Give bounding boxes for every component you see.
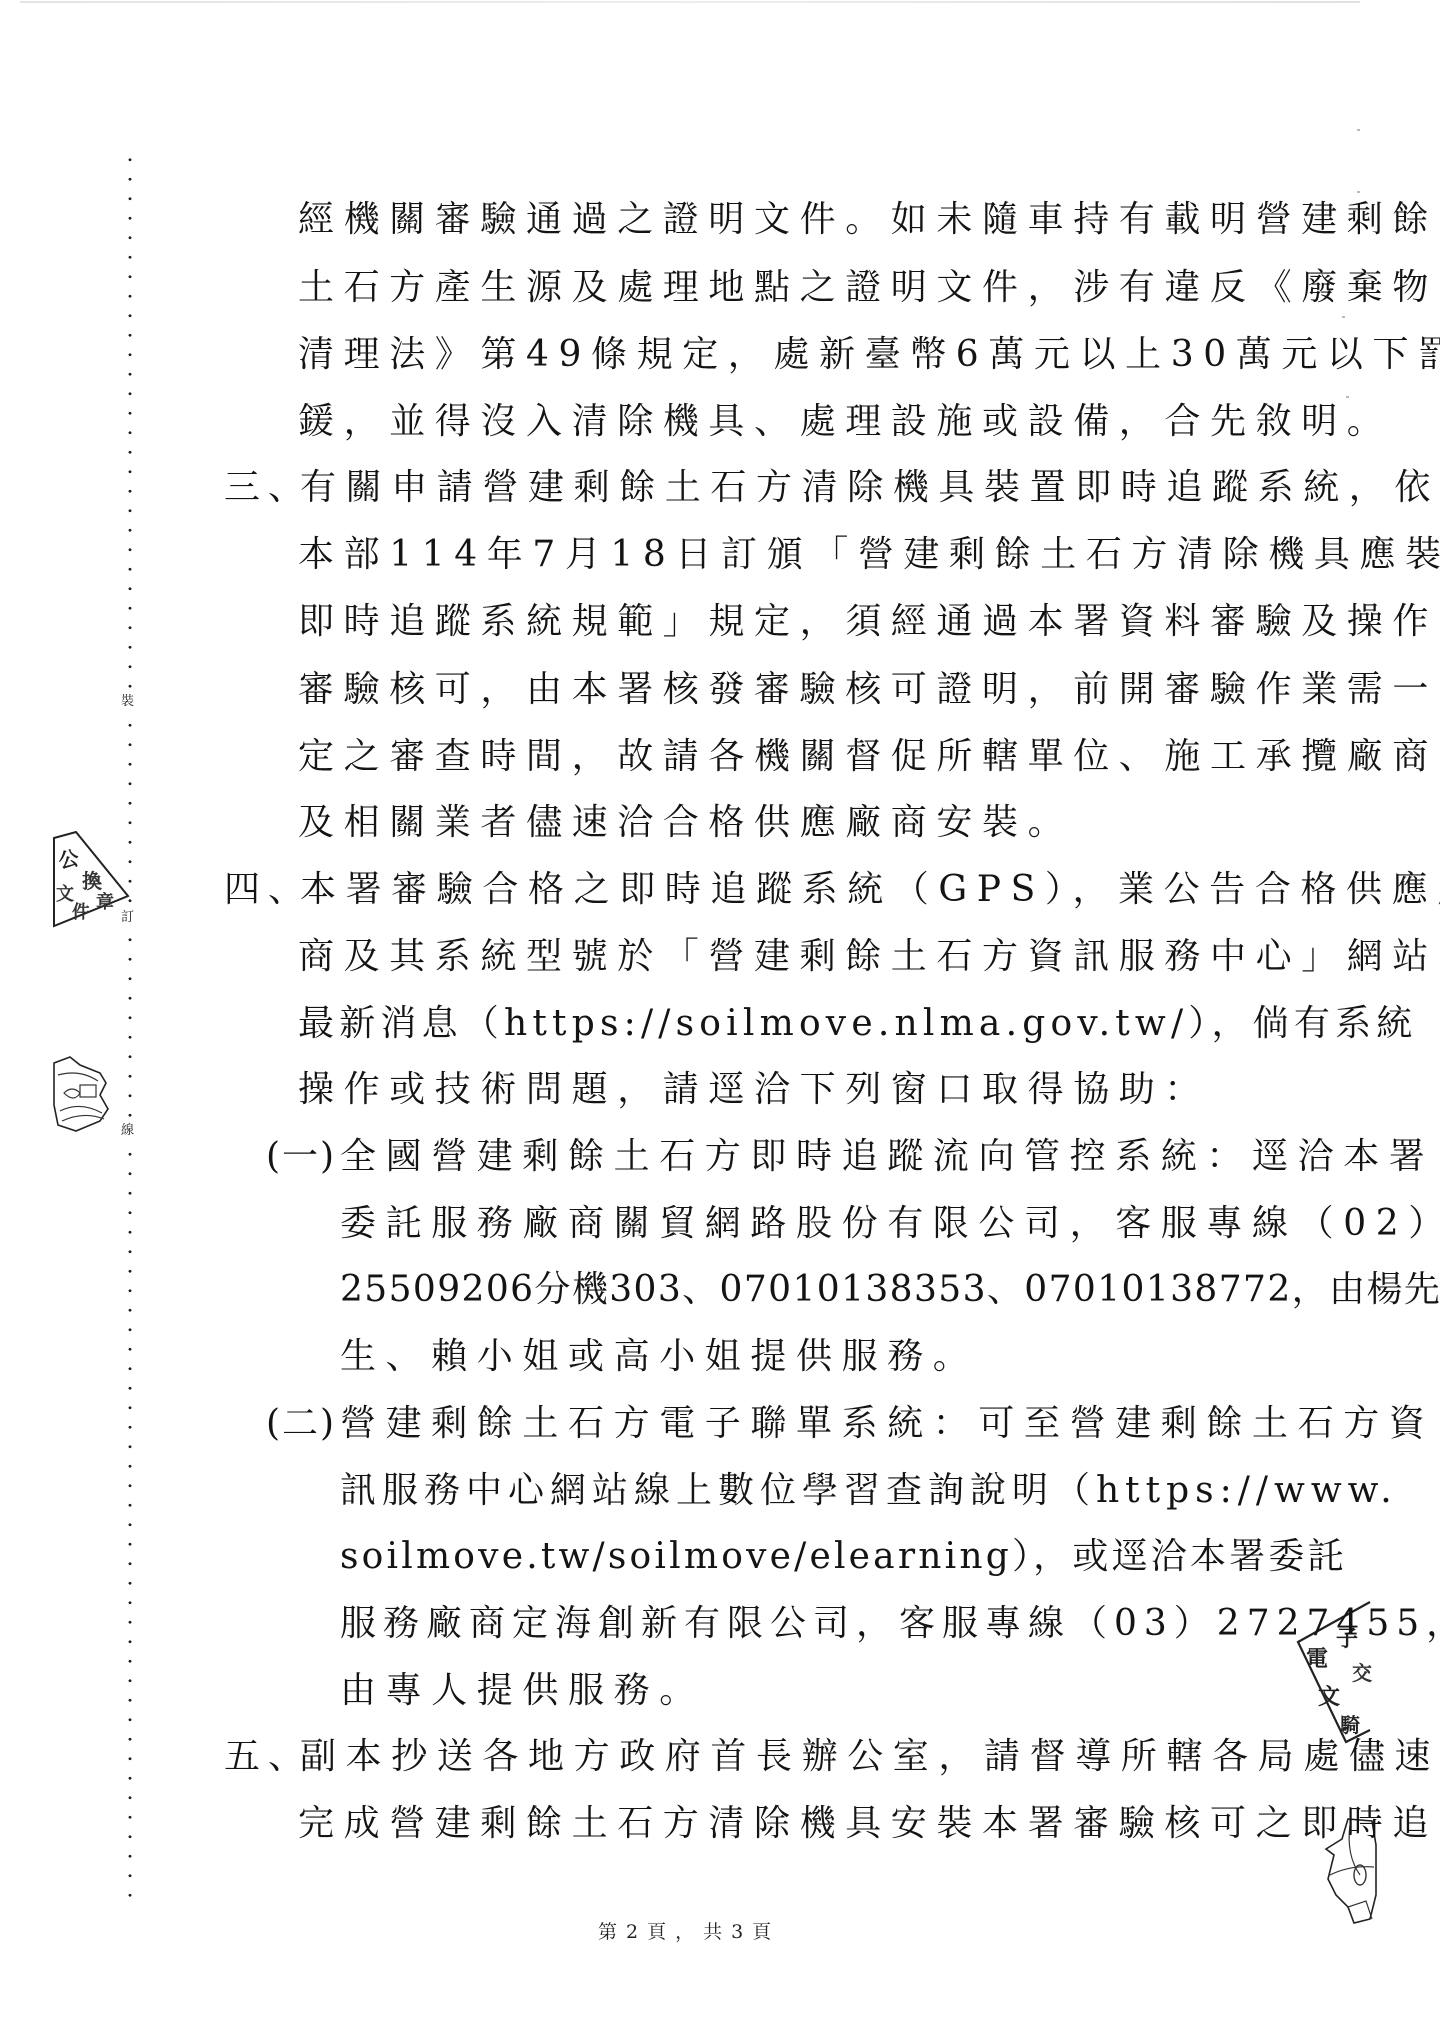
svg-text:交: 交 <box>1352 1661 1372 1685</box>
section-4-url-line: 最新消息（https://soilmove.nlma.gov.tw/），倘有系統 <box>298 1001 1417 1047</box>
section-5-line: 完成營建剩餘土石方清除機具安裝本署審驗核可之即時追 <box>298 1801 1438 1847</box>
section-marker-4: 四、 <box>224 867 312 913</box>
section-3-line: 有關申請營建剩餘土石方清除機具裝置即時追蹤系統，依 <box>300 465 1440 511</box>
subitem-1-line: 委託服務廠商關貿網路股份有限公司，客服專線（02） <box>340 1201 1440 1247</box>
svg-text:電: 電 <box>1306 1646 1328 1672</box>
section-5-line: 副本抄送各地方政府首長辦公室，請督導所轄各局處儘速 <box>300 1734 1440 1780</box>
scan-speck <box>1346 396 1349 398</box>
subitem-1-phone-line: 25509206分機303、07010138353、07010138772，由楊… <box>340 1267 1440 1313</box>
subitem-1-line: 生、賴小姐或高小姐提供服務。 <box>340 1334 978 1380</box>
section-3-line: 及相關業者儘速洽合格供應廠商安裝。 <box>298 800 1073 846</box>
svg-text:文: 文 <box>1318 1684 1340 1710</box>
subitem-marker-2: (二) <box>266 1401 336 1447</box>
exchange-stamp-icon: 公 換 章 文 件 <box>50 830 132 930</box>
subitem-marker-1: (一) <box>266 1134 336 1180</box>
binding-label-zhuang: 裝 <box>121 693 134 710</box>
section-4-line: 操作或技術問題，請逕洽下列窗口取得協助： <box>298 1067 1210 1113</box>
section-marker-3: 三、 <box>224 465 312 511</box>
binding-label-xian: 線 <box>121 1122 134 1139</box>
section-3-line: 本部114年7月18日訂頒「營建剩餘土石方清除機具應裝置 <box>298 532 1440 578</box>
body-line: 清理法》第49條規定，處新臺幣6萬元以上30萬元以下罰 <box>298 332 1440 378</box>
section-4-line: 商及其系統型號於「營建剩餘土石方資訊服務中心」網站 <box>298 934 1438 980</box>
subitem-2-line: 營建剩餘土石方電子聯單系統：可至營建剩餘土石方資 <box>340 1401 1434 1447</box>
body-line: 鍰，並得沒入清除機具、處理設施或設備，合先敘明。 <box>298 399 1392 445</box>
section-4-line: 本署審驗合格之即時追蹤系統（GPS），業公告合格供應廠 <box>300 867 1440 913</box>
section-3-line: 即時追蹤系統規範」規定，須經通過本署資料審驗及操作 <box>298 599 1438 645</box>
svg-text:件: 件 <box>72 901 90 923</box>
svg-text:換: 換 <box>82 869 102 893</box>
svg-text:公: 公 <box>57 846 82 873</box>
section-marker-5: 五、 <box>224 1734 312 1780</box>
page-number-footer: 第2頁，共3頁 <box>598 1920 780 1944</box>
subitem-2-url-line: soilmove.tw/soilmove/elearning），或逕洽本署委託 <box>340 1534 1347 1580</box>
scan-speck <box>1357 129 1360 131</box>
binding-dotted-line <box>128 150 132 1912</box>
scan-speck <box>1357 191 1360 193</box>
seal-fragment-icon <box>50 1055 112 1135</box>
subitem-2-line: 由專人提供服務。 <box>340 1668 705 1714</box>
subitem-2-phone-line: 服務廠商定海創新有限公司，客服專線（03）2727455， <box>340 1601 1440 1647</box>
scan-speck <box>1342 316 1345 318</box>
scan-edge-line <box>20 1 1360 3</box>
subitem-1-line: 全國營建剩餘土石方即時追蹤流向管控系統：逕洽本署 <box>340 1134 1434 1180</box>
section-3-line: 定之審查時間，故請各機關督促所轄單位、施工承攬廠商 <box>298 734 1438 780</box>
body-line: 經機關審驗通過之證明文件。如未隨車持有載明營建剩餘 <box>298 197 1438 243</box>
section-3-line: 審驗核可，由本署核發審驗核可證明，前開審驗作業需一 <box>298 667 1438 713</box>
body-line: 土石方產生源及處理地點之證明文件，涉有違反《廢棄物 <box>298 265 1438 311</box>
subitem-2-url-line: 訊服務中心網站線上數位學習查詢說明（https://www. <box>340 1468 1398 1514</box>
svg-text:章: 章 <box>96 891 114 913</box>
